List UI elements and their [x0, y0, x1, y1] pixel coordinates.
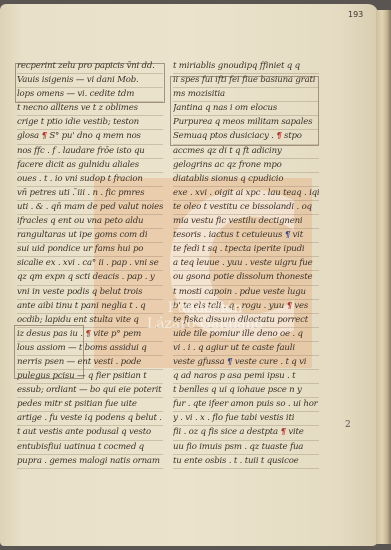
text-line: facere dicit as gulnidu aliales [17, 159, 163, 173]
text-line: qz qm expn q scti deacis . pap . y [17, 271, 163, 285]
text-line: oues . t . io vni sudop t fracion [17, 173, 163, 187]
watermark-line-2: Lázaro Galdiano [105, 316, 305, 332]
text-line: Semuaq ptos dusiciacy . ¶ stpo [173, 130, 319, 144]
text-line: uti . & . qn̄ mam de ped valut noies [17, 201, 163, 215]
text-line: Jantina q nas i om elocus [173, 102, 319, 116]
text-line: q ad naros p asa pemi ipsu . t [173, 370, 319, 384]
paragraph-mark-icon: ¶ [227, 357, 232, 367]
text-line: recperint zelu pro papicis v̄ni dd. [17, 60, 163, 74]
text-line: y . vi . x . flo fue tabi vestis iti [173, 412, 319, 426]
text-line: fur . qte ifeer amon puis so . ui hor [173, 398, 319, 412]
text-line: crige t ptio idie vestib; teston [17, 116, 163, 130]
text-line: essub; ordiant — bo qui eie poterit [17, 384, 163, 398]
text-line: lops omens — vi. cedite tdm [17, 88, 163, 102]
text-line: entubisfiui uatinua t cocmed q [17, 441, 163, 455]
text-line: veste gfussa ¶ veste cure . t q vi [173, 356, 319, 370]
text-line: sui uid pondice ur fams hui po [17, 243, 163, 257]
text-line: vn̄ petres uti . ̄iii . n . fic pmres [17, 187, 163, 201]
text-line: uu fio imuis psm . qz tuaste fua [173, 441, 319, 455]
text-line: te oleo t vestitu ce bissolandi . oq [173, 201, 319, 215]
watermark-line-1: Fundación [105, 300, 305, 316]
text-line: lous assiom — t boms assidui q [17, 342, 163, 356]
text-line: te fedi t sq . tpecta iperite ipudi [173, 243, 319, 257]
paragraph-mark-icon: ¶ [281, 427, 286, 437]
text-line: ifracles q ent ou vna peto aldu [17, 215, 163, 229]
text-line: sicalie ex . xvi . ca° ii . pap . vni se [17, 257, 163, 271]
text-line: pedes mitr st psitian fue uite [17, 398, 163, 412]
text-line: vni in veste podis q belut trois [17, 286, 163, 300]
paragraph-mark-icon: ¶ [285, 230, 290, 240]
text-line: artige . fu veste iq podens q belut . [17, 412, 163, 426]
text-line: t mosti capoin . pdue veste lugu [173, 286, 319, 300]
text-line: a teq leuue . yuu . veste uigru fue [173, 257, 319, 271]
text-line: glosa ¶ S° pu' dno q mem nos [17, 130, 163, 144]
text-line: Purpurea q meos militam sapales [173, 116, 319, 130]
text-line: t aut vestis ante podusal q vesto [17, 426, 163, 440]
paragraph-mark-icon: ¶ [276, 131, 281, 141]
text-line: rangultaras ut ipe goms com di [17, 229, 163, 243]
text-line: t benlles q ui q iohaue psce n y [173, 384, 319, 398]
text-column-right: t miriablis gnoudipq ffiniet q qii spes … [173, 60, 319, 469]
text-line: t necno alltens ve t z oblimes [17, 102, 163, 116]
text-line: vi . i . q agiur ut te caste fauli [173, 342, 319, 356]
text-column-left: recperint zelu pro papicis v̄ni dd.Vauis… [17, 60, 163, 469]
text-line: nos ffc . f . laudare frōe isto qu [17, 145, 163, 159]
text-line: nerris psen — ent vesti . pode [17, 356, 163, 370]
text-line: t miriablis gnoudipq ffiniet q q [173, 60, 319, 74]
text-line: accmes qz di t q ft adiciny [173, 145, 319, 159]
page-edge [376, 10, 391, 544]
text-line: ou gsona potie dissolum thoneste [173, 271, 319, 285]
text-line: exe . xvi . oigit ai xpc . lau teaq . iq… [173, 187, 319, 201]
text-line: mia vestu fic vestilu dectigneni [173, 215, 319, 229]
text-line: tesoris . iactus t cetuieuus ¶ vit [173, 229, 319, 243]
text-line: diatablis sionus q cpudicio [173, 173, 319, 187]
text-line: pupra . gemes malogi natis ornam [17, 455, 163, 469]
text-line: Vauis isigenis — vi dani Mob. [17, 74, 163, 88]
folio-number: 193 [348, 10, 363, 19]
margin-mark: 2 [345, 420, 351, 430]
paragraph-mark-icon: ¶ [42, 131, 47, 141]
text-line: pulegus pcisu — q fier psitian t [17, 370, 163, 384]
watermark-text: Fundación Lázaro Galdiano [105, 300, 305, 332]
text-line: gelogrins ac qz frone mpo [173, 159, 319, 173]
paragraph-mark-icon: ¶ [85, 329, 90, 339]
text-line: fii . oz q fis sice a destpta ¶ vite [173, 426, 319, 440]
text-line: ms mozisitia [173, 88, 319, 102]
text-line: tu ente osbis . t . tuii t qusicoe [173, 455, 319, 469]
text-line: ii spes fui ifti fei fiue basiuna grati [173, 74, 319, 88]
